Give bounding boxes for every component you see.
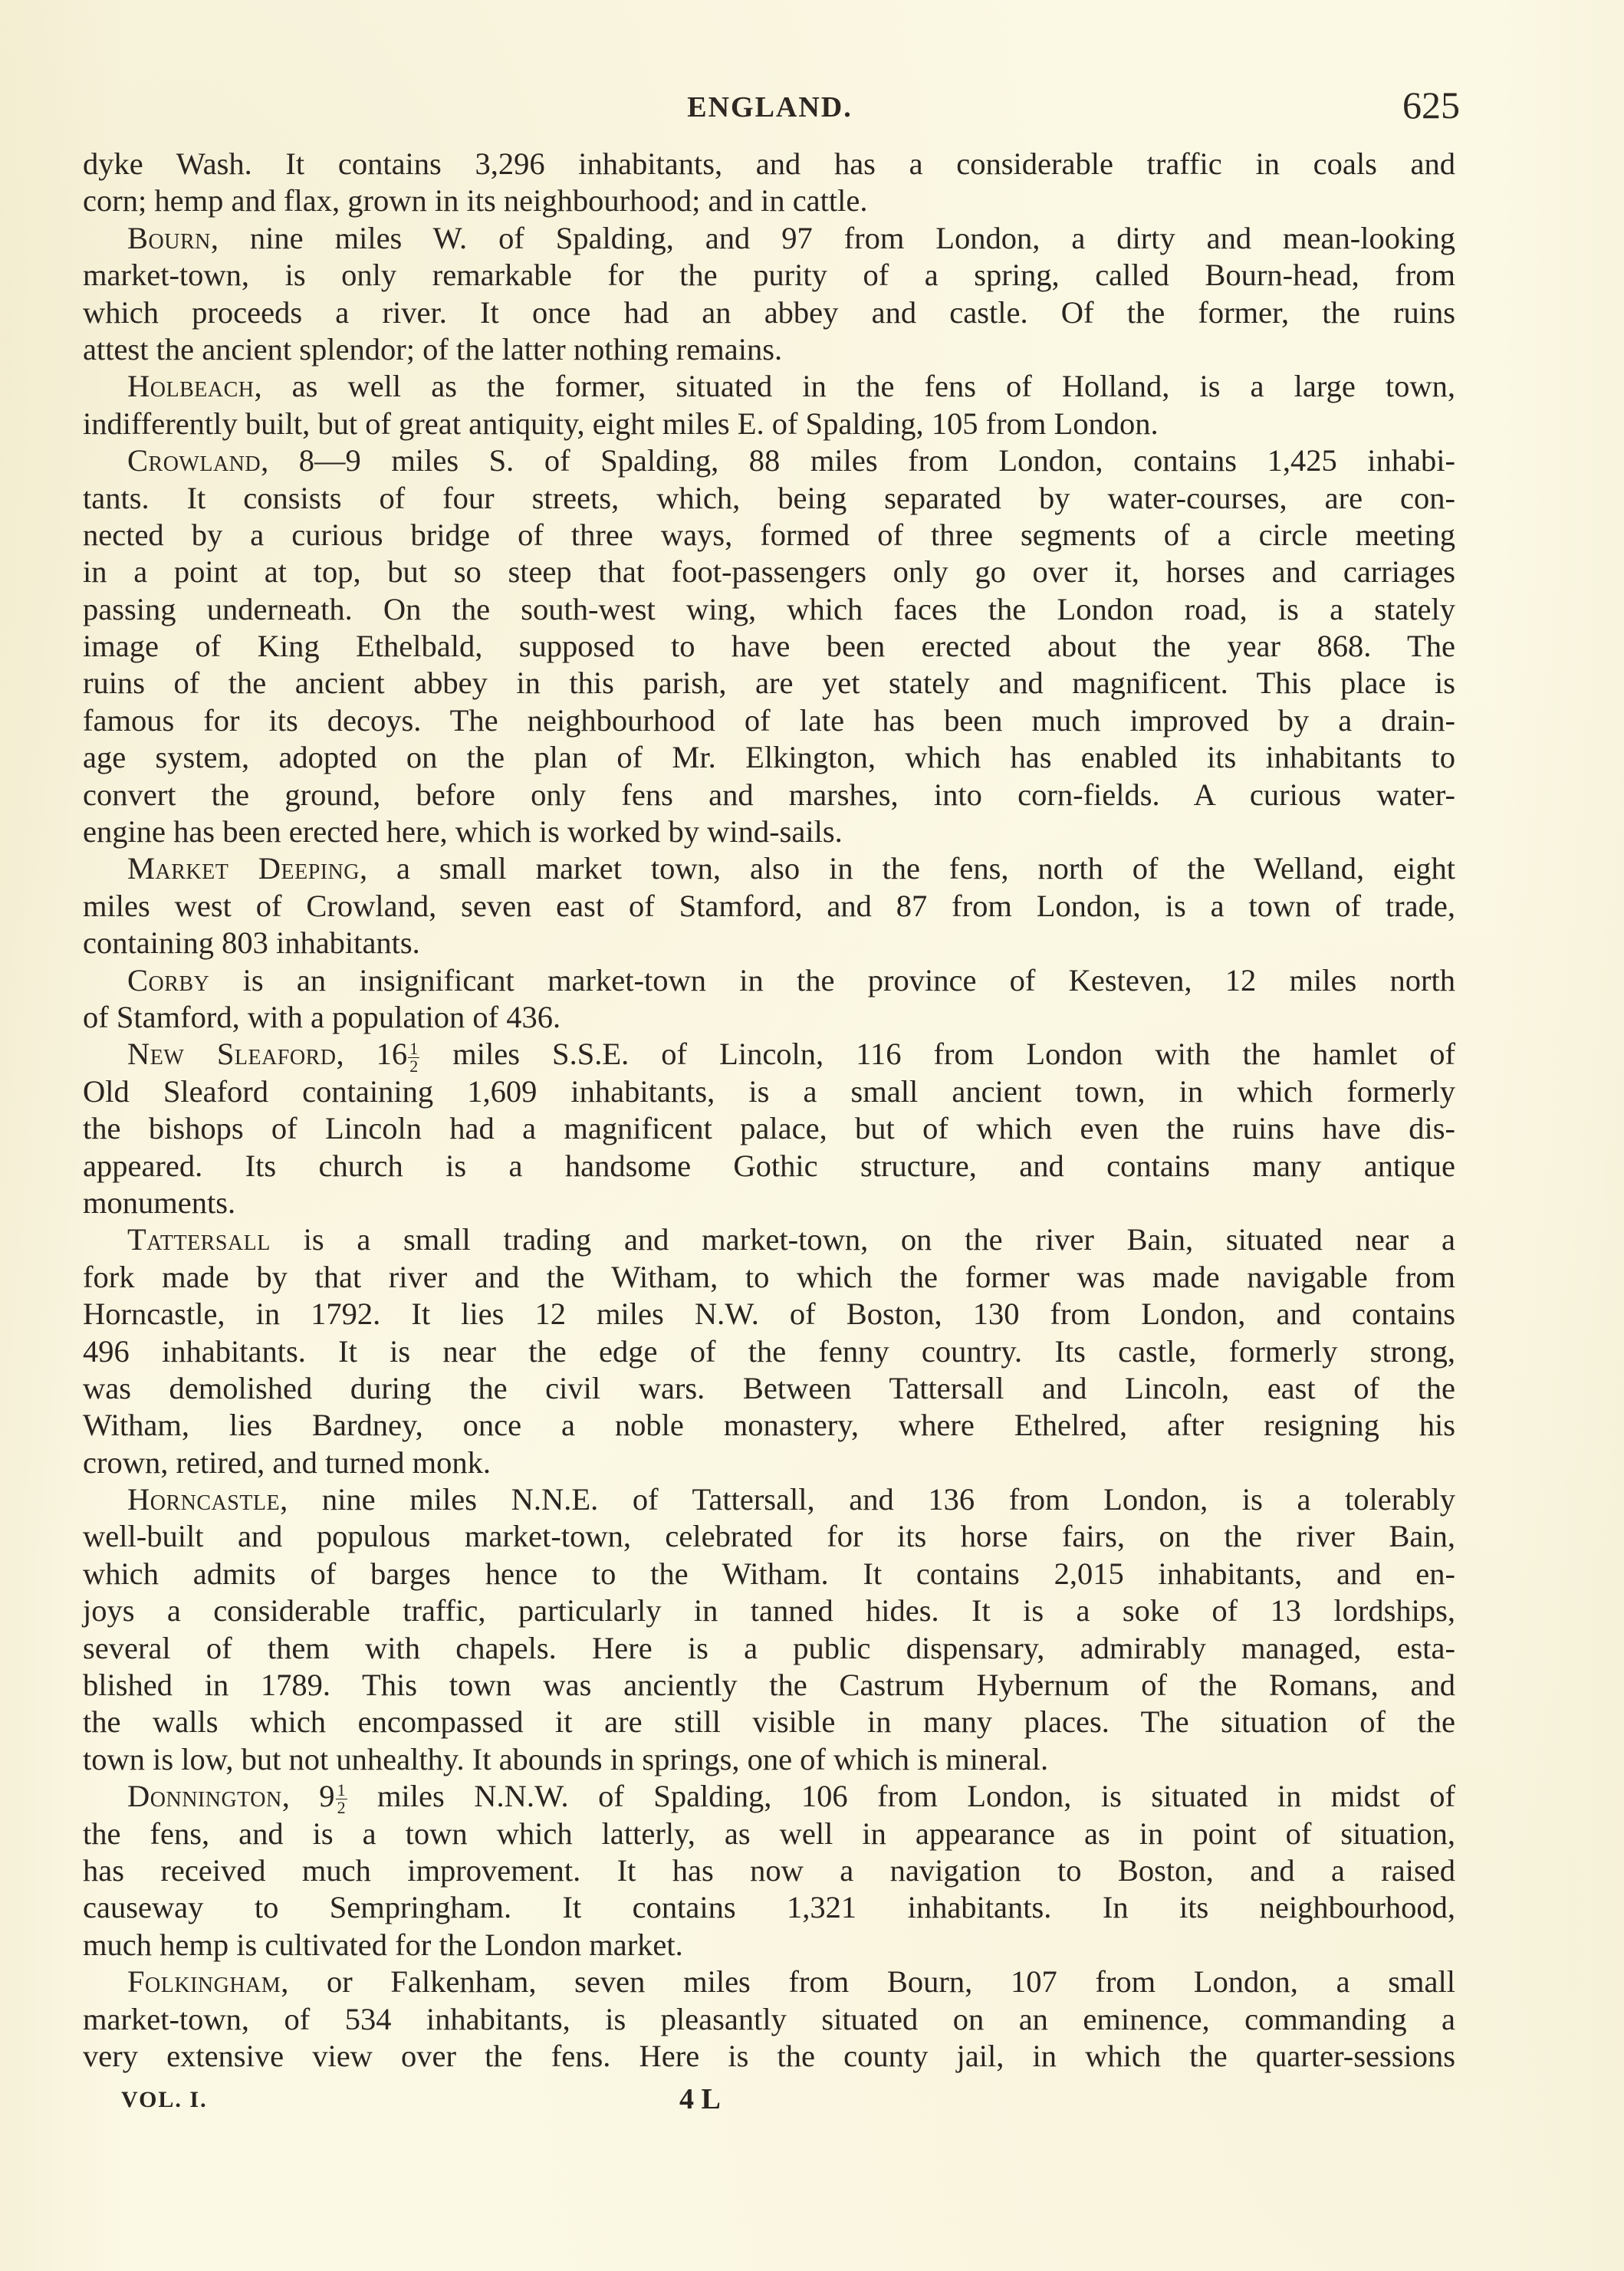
text-line: Bourn, nine miles W. of Spalding, and 97… bbox=[83, 220, 1455, 257]
fraction: 12 bbox=[408, 1040, 419, 1075]
entry-headword: Holbeach bbox=[127, 369, 254, 403]
text-line: Donnington, 912 miles N.N.W. of Spalding… bbox=[83, 1778, 1455, 1815]
text-line: tants. It consists of four streets, whic… bbox=[83, 480, 1455, 517]
paragraph-market-deeping: Market Deeping, a small market town, als… bbox=[83, 850, 1455, 961]
text-line: famous for its decoys. The neighbourhood… bbox=[83, 702, 1455, 739]
text-line: New Sleaford, 1612 miles S.S.E. of Linco… bbox=[83, 1036, 1455, 1073]
text-line: crown, retired, and turned monk. bbox=[83, 1444, 1455, 1481]
text-line: Crowland, 8—9 miles S. of Spalding, 88 m… bbox=[83, 442, 1455, 479]
volume-label: VOL. I. bbox=[121, 2087, 208, 2113]
text-line: fork made by that river and the Witham, … bbox=[83, 1259, 1455, 1296]
page-footer: VOL. I. 4 L bbox=[83, 2087, 1455, 2133]
text-line: monuments. bbox=[83, 1185, 1455, 1221]
text-line: market-town, is only remarkable for the … bbox=[83, 257, 1455, 294]
text-line: age system, adopted on the plan of Mr. E… bbox=[83, 739, 1455, 776]
distance-value: , 9 bbox=[282, 1779, 335, 1813]
text-line: nected by a curious bridge of three ways… bbox=[83, 517, 1455, 554]
text-line: miles west of Crowland, seven east of St… bbox=[83, 888, 1455, 925]
text-line: image of King Ethelbald, supposed to hav… bbox=[83, 628, 1455, 665]
text-line: was demolished during the civil wars. Be… bbox=[83, 1370, 1455, 1407]
text-line: joys a considerable traffic, particularl… bbox=[83, 1592, 1455, 1629]
text-line: 496 inhabitants. It is near the edge of … bbox=[83, 1333, 1455, 1370]
text-line: blished in 1789. This town was anciently… bbox=[83, 1667, 1455, 1704]
text-line: Holbeach, as well as the former, situate… bbox=[83, 368, 1455, 405]
text-line: corn; hemp and flax, grown in its neighb… bbox=[83, 182, 1455, 219]
text-line: Corby is an insignificant market-town in… bbox=[83, 962, 1455, 999]
page-number: 625 bbox=[1402, 83, 1460, 127]
text-line: the bishops of Lincoln had a magnificent… bbox=[83, 1110, 1455, 1147]
entry-headword: New Sleaford bbox=[127, 1037, 336, 1071]
signature-mark: 4 L bbox=[679, 2082, 721, 2116]
text-line: the walls which encompassed it are still… bbox=[83, 1704, 1455, 1740]
text-line: very extensive view over the fens. Here … bbox=[83, 2038, 1455, 2075]
running-title: ENGLAND. bbox=[83, 90, 1457, 124]
text-line: passing underneath. On the south-west wi… bbox=[83, 591, 1455, 628]
entry-headword: Corby bbox=[127, 963, 209, 997]
text-line: of Stamford, with a population of 436. bbox=[83, 999, 1455, 1036]
text-line: town is low, but not unhealthy. It aboun… bbox=[83, 1741, 1455, 1778]
entry-headword: Donnington bbox=[127, 1779, 282, 1813]
text-line: dyke Wash. It contains 3,296 inhabitants… bbox=[83, 146, 1455, 182]
text-line: Witham, lies Bardney, once a noble monas… bbox=[83, 1407, 1455, 1444]
text-line: Horncastle, in 1792. It lies 12 miles N.… bbox=[83, 1296, 1455, 1333]
paragraph-folkingham: Folkingham, or Falkenham, seven miles fr… bbox=[83, 1964, 1455, 2075]
running-head: ENGLAND. 625 bbox=[83, 83, 1457, 129]
entry-headword: Crowland bbox=[127, 443, 261, 478]
distance-value: , 16 bbox=[336, 1037, 407, 1071]
text-line: which admits of barges hence to the With… bbox=[83, 1556, 1455, 1592]
paragraph-holbeach: Holbeach, as well as the former, situate… bbox=[83, 368, 1455, 442]
text-line: Market Deeping, a small market town, als… bbox=[83, 850, 1455, 887]
text-line: attest the ancient splendor; of the latt… bbox=[83, 331, 1455, 368]
text-line: well-built and populous market-town, cel… bbox=[83, 1518, 1455, 1555]
text-line: market-town, of 534 inhabitants, is plea… bbox=[83, 2001, 1455, 2038]
paragraph-bourn: Bourn, nine miles W. of Spalding, and 97… bbox=[83, 220, 1455, 369]
body-text: dyke Wash. It contains 3,296 inhabitants… bbox=[83, 146, 1455, 2075]
text-line: Tattersall is a small trading and market… bbox=[83, 1221, 1455, 1258]
text-line: engine has been erected here, which is w… bbox=[83, 813, 1455, 850]
text-line: appeared. Its church is a handsome Gothi… bbox=[83, 1148, 1455, 1185]
entry-headword: Horncastle bbox=[127, 1482, 280, 1517]
text-line: convert the ground, before only fens and… bbox=[83, 777, 1455, 813]
paragraph-tattersall: Tattersall is a small trading and market… bbox=[83, 1221, 1455, 1481]
text-line: Old Sleaford containing 1,609 inhabitant… bbox=[83, 1073, 1455, 1110]
entry-headword: Tattersall bbox=[127, 1222, 271, 1257]
text-line: the fens, and is a town which latterly, … bbox=[83, 1816, 1455, 1852]
text-line: which proceeds a river. It once had an a… bbox=[83, 294, 1455, 331]
text-line: in a point at top, but so steep that foo… bbox=[83, 554, 1455, 590]
entry-headword: Bourn bbox=[127, 221, 211, 255]
paragraph-horncastle: Horncastle, nine miles N.N.E. of Tatters… bbox=[83, 1481, 1455, 1778]
paragraph-corby: Corby is an insignificant market-town in… bbox=[83, 962, 1455, 1037]
text-line: ruins of the ancient abbey in this paris… bbox=[83, 665, 1455, 702]
text-line: containing 803 inhabitants. bbox=[83, 925, 1455, 961]
text-line: several of them with chapels. Here is a … bbox=[83, 1630, 1455, 1667]
paragraph-donnington: Donnington, 912 miles N.N.W. of Spalding… bbox=[83, 1778, 1455, 1964]
fraction: 12 bbox=[336, 1782, 347, 1816]
text-line: has received much improvement. It has no… bbox=[83, 1852, 1455, 1889]
text-line: indifferently built, but of great antiqu… bbox=[83, 406, 1455, 442]
entry-headword: Market Deeping bbox=[127, 851, 360, 886]
entry-headword: Folkingham bbox=[127, 1964, 281, 1999]
text-line: much hemp is cultivated for the London m… bbox=[83, 1927, 1455, 1964]
paragraph-p0: dyke Wash. It contains 3,296 inhabitants… bbox=[83, 146, 1455, 220]
text-line: Folkingham, or Falkenham, seven miles fr… bbox=[83, 1964, 1455, 2000]
text-line: Horncastle, nine miles N.N.E. of Tatters… bbox=[83, 1481, 1455, 1518]
paragraph-new-sleaford: New Sleaford, 1612 miles S.S.E. of Linco… bbox=[83, 1036, 1455, 1221]
text-line: causeway to Sempringham. It contains 1,3… bbox=[83, 1889, 1455, 1926]
paragraph-crowland: Crowland, 8—9 miles S. of Spalding, 88 m… bbox=[83, 442, 1455, 850]
book-page: ENGLAND. 625 dyke Wash. It contains 3,29… bbox=[0, 0, 1624, 2271]
